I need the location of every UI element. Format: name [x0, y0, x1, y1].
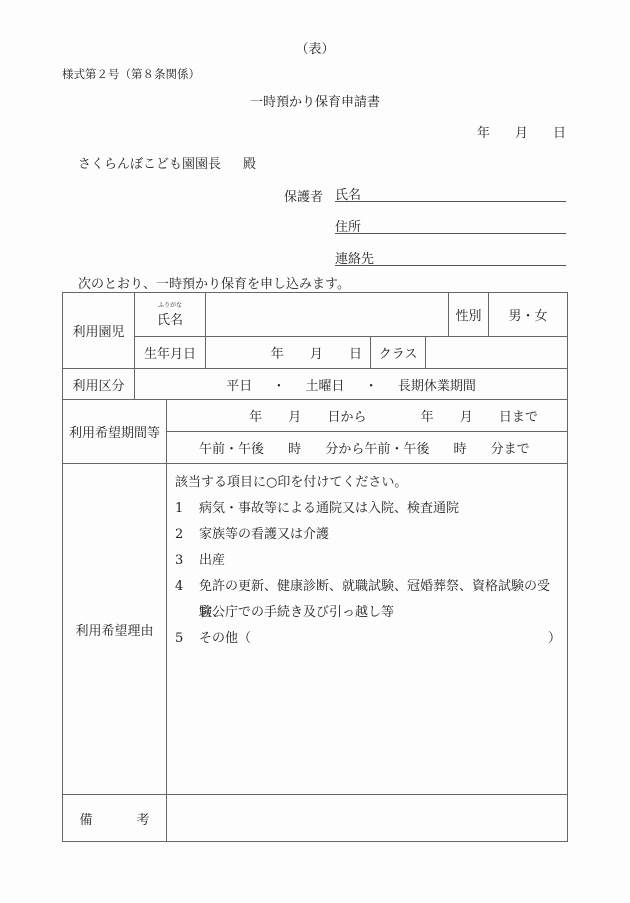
gender-options[interactable]: 男・女: [489, 293, 568, 337]
honorific: 殿: [243, 157, 256, 172]
birthdate-input[interactable]: 年 月 日: [206, 337, 371, 369]
reason-item-4[interactable]: 4免許の更新、健康診断、就職試験、冠婚葬祭、資格試験の受験、: [175, 574, 561, 600]
guardian-label: 保護者: [284, 186, 323, 205]
period-date-row[interactable]: 年 月 日から 年 月 日まで: [167, 400, 568, 432]
reason-item-2[interactable]: 2家族等の看護又は介護: [175, 522, 561, 548]
period-end-minute: 分まで: [491, 442, 530, 457]
addressee: さくらんぼこども園園長殿: [78, 153, 256, 172]
guardian-contact-field[interactable]: 連絡先: [335, 248, 566, 266]
birth-month-label: 月: [310, 347, 323, 362]
guardian-address-field[interactable]: 住所: [335, 216, 566, 234]
remarks-label-2: 考: [137, 813, 150, 828]
period-start-minute: 分から午前・午後: [325, 442, 429, 457]
period-start-day: 日から: [327, 410, 366, 425]
reason-item-1[interactable]: 1病気・事故等による通院又は入院、検査通院: [175, 496, 561, 522]
guardian-name-field[interactable]: 氏名: [335, 184, 566, 202]
period-start-ampm[interactable]: 午前・午後: [199, 442, 264, 457]
addressee-name: さくらんぼこども園園長: [78, 157, 221, 172]
period-start-month: 月: [288, 410, 301, 425]
usage-type-options[interactable]: 平日 ・ 土曜日 ・ 長期休業期間: [135, 369, 568, 400]
child-name-label: 氏名: [157, 313, 183, 328]
intro-text: 次のとおり、一時預かり保育を申し込みます。: [78, 273, 350, 292]
period-time-row[interactable]: 午前・午後 時 分から午前・午後 時 分まで: [167, 432, 568, 464]
class-label: クラス: [371, 337, 426, 369]
reason-item-3[interactable]: 3出産: [175, 548, 561, 574]
birthdate-label: 生年月日: [135, 337, 206, 369]
guardian-name-label: 氏名: [335, 188, 361, 203]
child-name-label-cell: ふりがな 氏名: [135, 293, 206, 337]
guardian-contact-label: 連絡先: [335, 252, 374, 267]
reason-item-5[interactable]: 5その他（）: [175, 626, 561, 652]
usage-option-weekday[interactable]: 平日: [226, 379, 252, 394]
usage-separator: ・: [272, 379, 285, 394]
reason-item-4-continued: 官公庁での手続き及び引っ越し等: [175, 600, 561, 626]
period-end-day: 日まで: [499, 410, 538, 425]
child-section-label: 利用園児: [63, 293, 135, 369]
remarks-label: 備考: [63, 795, 167, 842]
reason-cell[interactable]: 該当する項目に○印を付けてください。 1病気・事故等による通院又は入院、検査通院…: [167, 464, 568, 795]
reason-instruction: 該当する項目に○印を付けてください。: [175, 470, 561, 496]
child-name-input[interactable]: [206, 293, 449, 337]
application-table: 利用園児 ふりがな 氏名 性別 男・女 生年月日 年 月 日 クラス 利用区分 …: [62, 292, 568, 842]
guardian-address-label: 住所: [335, 220, 361, 235]
period-label: 利用希望期間等: [63, 400, 167, 464]
period-start-hour: 時: [288, 442, 301, 457]
date-year-label: 年: [477, 122, 490, 141]
reason-label: 利用希望理由: [63, 464, 167, 795]
furigana-label: ふりがな: [135, 302, 205, 309]
remarks-input[interactable]: [167, 795, 568, 842]
class-input[interactable]: [426, 337, 568, 369]
period-end-year: 年: [421, 410, 434, 425]
reason-other-close: ）: [548, 626, 561, 652]
period-end-month: 月: [460, 410, 473, 425]
gender-label: 性別: [449, 293, 489, 337]
birth-year-label: 年: [271, 347, 284, 362]
period-end-hour: 時: [453, 442, 466, 457]
usage-option-saturday[interactable]: 土曜日: [306, 379, 345, 394]
form-number: 様式第２号（第８条関係）: [62, 66, 200, 82]
usage-separator: ・: [365, 379, 378, 394]
usage-type-label: 利用区分: [63, 369, 135, 400]
remarks-label-1: 備: [79, 813, 92, 828]
period-start-year: 年: [249, 410, 262, 425]
page-title: 一時預かり保育申請書: [0, 91, 630, 110]
date-day-label: 日: [553, 122, 566, 141]
usage-option-long-vacation[interactable]: 長期休業期間: [398, 379, 476, 394]
birth-day-label: 日: [349, 347, 362, 362]
date-month-label: 月: [515, 122, 528, 141]
side-mark: （表）: [0, 38, 630, 57]
